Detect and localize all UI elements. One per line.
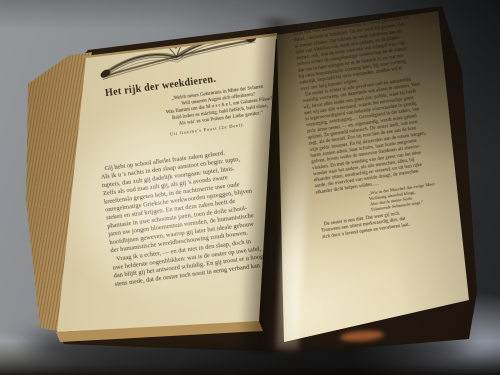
photo-of-open-book: Het rijk der weekdieren. „Welch neues Ge… — [0, 0, 500, 375]
photo-vignette-overlay — [0, 0, 500, 375]
